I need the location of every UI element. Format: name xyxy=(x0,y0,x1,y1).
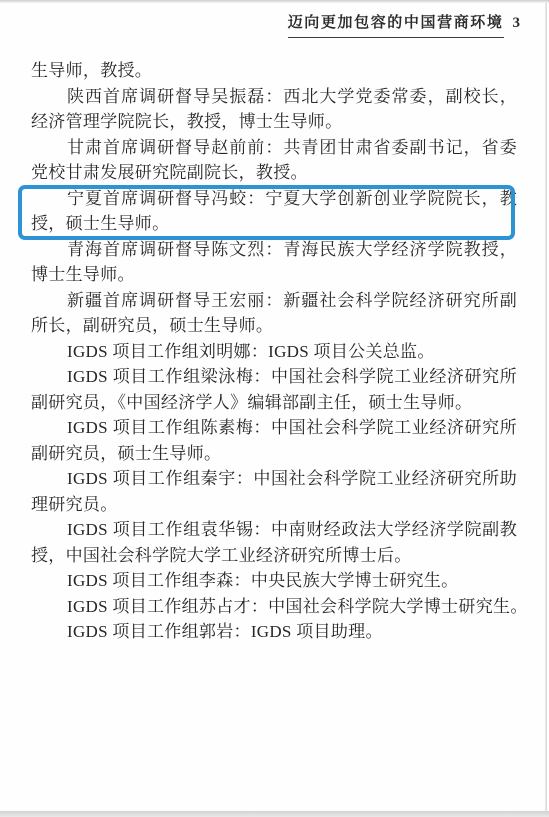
text-line: IGDS 项目工作组陈素梅：中国社会科学院工业经济研究所 xyxy=(31,415,517,441)
text-line: 生导师，教授。 xyxy=(31,58,517,84)
body-text-block: 生导师，教授。陕西首席调研督导吴振磊：西北大学党委常委，副校长，经济管理学院院长… xyxy=(31,58,517,645)
text-line: 所长，副研究员，硕士生导师。 xyxy=(31,313,517,339)
text-line: 副研究员，《中国经济学人》编辑部副主任，硕士生导师。 xyxy=(31,390,517,416)
text-line: 授，硕士生导师。 xyxy=(31,211,517,237)
text-line: IGDS 项目工作组郭岩：IGDS 项目助理。 xyxy=(31,619,517,645)
text-line: 理研究员。 xyxy=(31,492,517,518)
text-line: IGDS 项目工作组刘明娜：IGDS 项目公关总监。 xyxy=(31,339,517,365)
text-line: IGDS 项目工作组李森：中央民族大学博士研究生。 xyxy=(31,568,517,594)
text-line: 授，中国社会科学院大学工业经济研究所博士后。 xyxy=(31,543,517,569)
text-line: IGDS 项目工作组苏占才：中国社会科学院大学博士研究生。 xyxy=(31,594,517,620)
text-line: 博士生导师。 xyxy=(31,262,517,288)
text-line: 青海首席调研督导陈文烈：青海民族大学经济学院教授， xyxy=(31,237,517,263)
running-header: 迈向更加包容的中国营商环境 3 xyxy=(0,11,520,38)
text-line: IGDS 项目工作组秦宇：中国社会科学院工业经济研究所助 xyxy=(31,466,517,492)
page-right-edge xyxy=(545,3,547,811)
text-line: 党校甘肃发展研究院副院长，教授。 xyxy=(31,160,517,186)
book-page-scan: 迈向更加包容的中国营商环境 3 生导师，教授。陕西首席调研督导吴振磊：西北大学党… xyxy=(0,0,549,817)
text-line: 宁夏首席调研督导冯蛟：宁夏大学创新创业学院院长，教 xyxy=(31,186,517,212)
text-line: 副研究员，硕士生导师。 xyxy=(31,441,517,467)
page-bottom-edge xyxy=(0,811,549,817)
running-header-title: 迈向更加包容的中国营商环境 xyxy=(288,11,504,38)
text-line: 新疆首席调研督导王宏丽：新疆社会科学院经济研究所副 xyxy=(31,288,517,314)
text-line: 甘肃首席调研督导赵前前：共青团甘肃省委副书记，省委 xyxy=(31,135,517,161)
page-number: 3 xyxy=(513,15,521,32)
page-top-edge xyxy=(0,0,549,3)
text-line: IGDS 项目工作组梁泳梅：中国社会科学院工业经济研究所 xyxy=(31,364,517,390)
text-line: 陕西首席调研督导吴振磊：西北大学党委常委，副校长， xyxy=(31,84,517,110)
text-line: IGDS 项目工作组袁华锡：中南财经政法大学经济学院副教 xyxy=(31,517,517,543)
text-line: 经济管理学院院长，教授，博士生导师。 xyxy=(31,109,517,135)
